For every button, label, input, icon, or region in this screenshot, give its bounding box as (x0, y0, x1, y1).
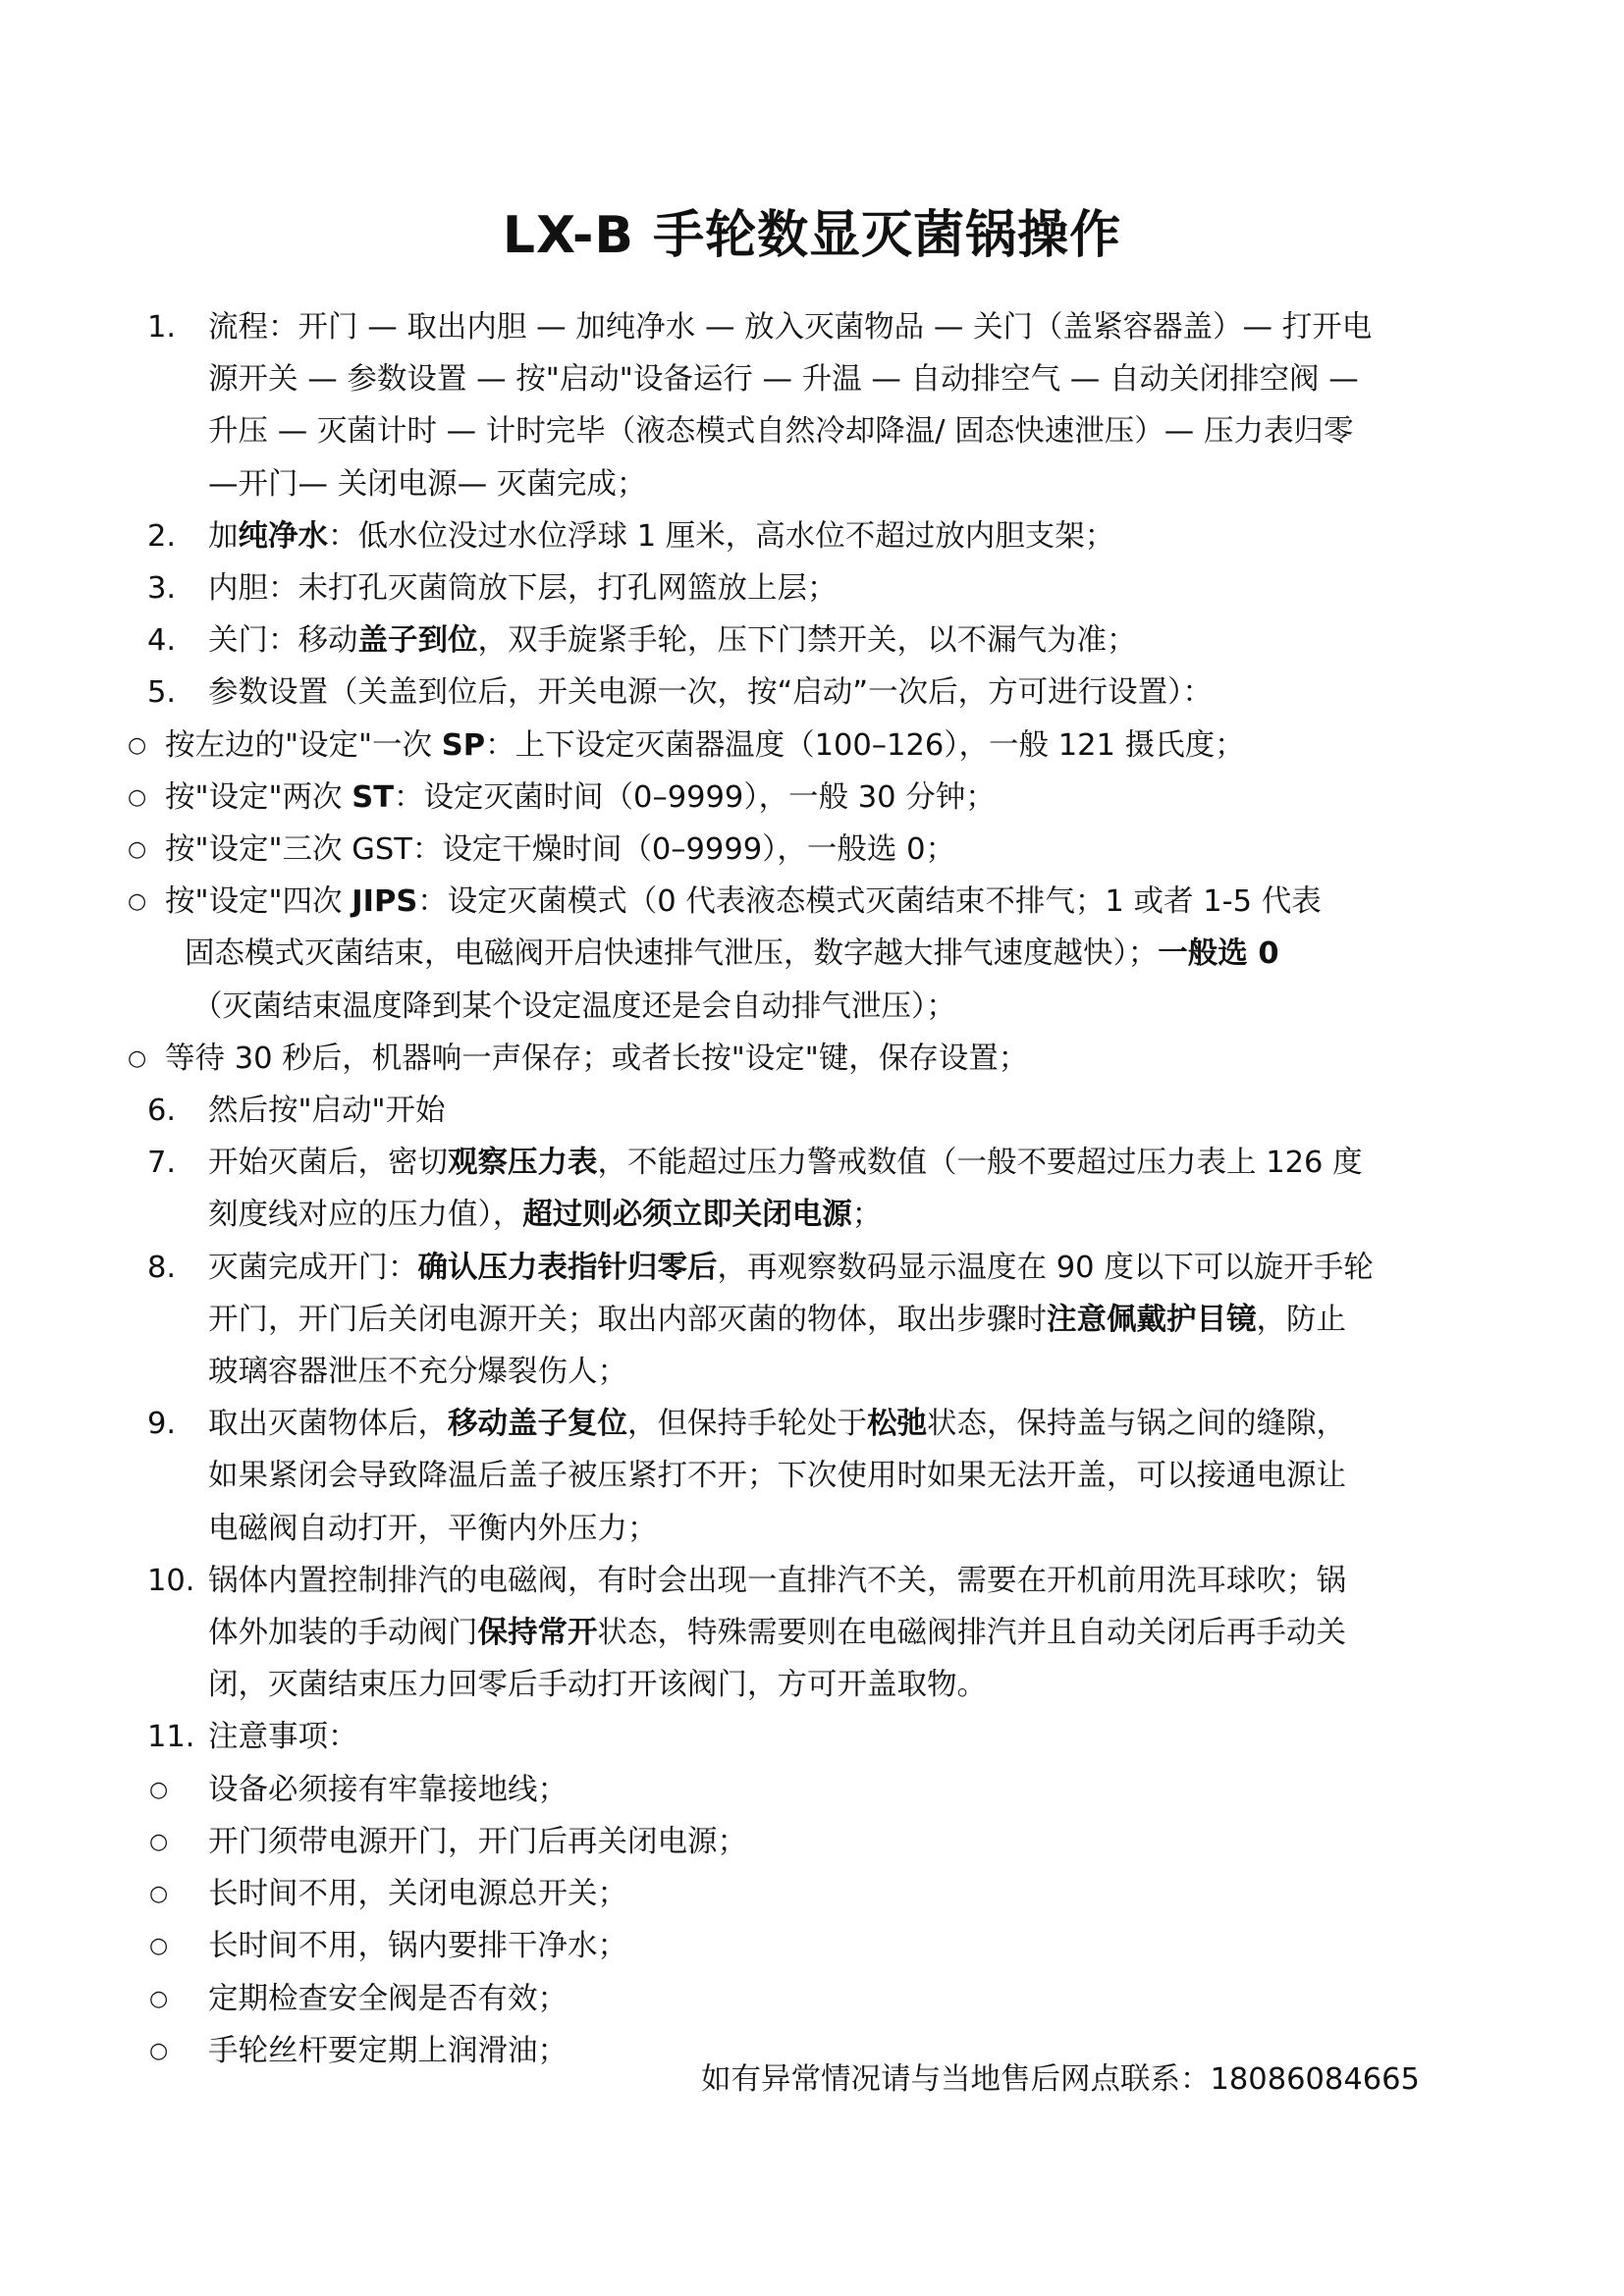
item-number: 3. (147, 562, 176, 614)
circle-bullet-icon: ○ (128, 772, 146, 824)
item-number: 5. (147, 667, 176, 719)
item-number: 8. (147, 1242, 176, 1294)
circle-bullet-icon: ○ (149, 1868, 168, 1920)
item-text: 状态，保持盖与锅之间的缝隙， (927, 1407, 1346, 1441)
circle-bullet-icon: ○ (149, 1920, 168, 1972)
sub-item-save: ○ 等待 30 秒后，机器响一声保存；或者长按"设定"键，保存设置； (86, 1033, 1483, 1085)
note-item: ○ 定期检查安全阀是否有效； (147, 1973, 1483, 2025)
sub-item-jips: ○ 按"设定"四次 JIPS：设定灭菌模式（0 代表液态模式灭菌结束不排气；1 … (86, 876, 1483, 1033)
contact-phone: 18086084665 (1211, 2062, 1420, 2097)
list-item-2: 2. 加纯净水：低水位没过水位浮球 1 厘米，高水位不超过放内胆支架； (147, 510, 1483, 562)
item-text: ，防止 (1257, 1303, 1347, 1337)
note-text: 长时间不用，关闭电源总开关； (208, 1868, 1483, 1920)
item-text: ：低水位没过水位浮球 1 厘米，高水位不超过放内胆支架； (328, 519, 1114, 554)
item-text: 锅体内置控制排汽的电磁阀，有时会出现一直排汽不关，需要在开机前用洗耳球吹；锅 (208, 1555, 1483, 1607)
sub-item-st: ○ 按"设定"两次 ST：设定灭菌时间（0–9999），一般 30 分钟； (86, 772, 1483, 824)
circle-bullet-icon: ○ (128, 824, 146, 876)
item-text: 闭，灭菌结束压力回零后手动打开该阀门，方可开盖取物。 (208, 1659, 1483, 1711)
circle-bullet-icon: ○ (128, 1033, 146, 1085)
note-text: 定期检查安全阀是否有效； (208, 1973, 1483, 2025)
item-text: ，双手旋紧手轮，压下门禁开关，以不漏气为准； (478, 623, 1137, 658)
item-line: 升压 — 灭菌计时 — 计时完毕（液态模式自然冷却降温/ 固态快速泄压）— 压力… (208, 405, 1483, 457)
item-emphasis: 一般选 0 (1158, 936, 1278, 971)
item-emphasis: 盖子到位 (358, 623, 478, 658)
item-text: 按"设定"两次 (165, 780, 352, 815)
item-text: （灭菌结束温度降到某个设定温度还是会自动排气泄压）； (165, 981, 1483, 1033)
circle-bullet-icon: ○ (128, 876, 146, 928)
list-item-10: 10. 锅体内置控制排汽的电磁阀，有时会出现一直排汽不关，需要在开机前用洗耳球吹… (147, 1555, 1483, 1712)
item-emphasis: 保持常开 (478, 1616, 598, 1650)
page-title: LX-B 手轮数显灭菌锅操作 (0, 201, 1624, 270)
item-emphasis: JIPS (352, 884, 417, 919)
item-number: 6. (147, 1085, 176, 1137)
item-text: ，但保持手轮处于 (627, 1407, 867, 1441)
item-text: 玻璃容器泄压不充分爆裂伤人； (208, 1346, 1483, 1398)
item-text: 开始灭菌后，密切 (208, 1146, 448, 1180)
item-text: 然后按"启动"开始 (208, 1085, 1483, 1137)
item-emphasis: 松弛 (867, 1407, 927, 1441)
item-text: 如果紧闭会导致降温后盖子被压紧打不开；下次使用时如果无法开盖，可以接通电源让 (208, 1450, 1483, 1502)
item-number: 4. (147, 614, 176, 667)
item-emphasis: ST (352, 780, 394, 815)
circle-bullet-icon: ○ (149, 1816, 168, 1868)
item-emphasis: 移动盖子复位 (448, 1407, 627, 1441)
item-emphasis: 纯净水 (239, 519, 329, 554)
item-text: 按"设定"三次 GST：设定干燥时间（0–9999），一般选 0； (165, 824, 1483, 876)
item-line: —开门— 关闭电源— 灭菌完成； (208, 458, 1483, 510)
item-number: 9. (147, 1398, 176, 1450)
list-item-6: 6. 然后按"启动"开始 (147, 1085, 1483, 1137)
item-text: 关门：移动 (208, 623, 358, 658)
list-item-4: 4. 关门：移动盖子到位，双手旋紧手轮，压下门禁开关，以不漏气为准； (147, 614, 1483, 667)
note-item: ○ 开门须带电源开门，开门后再关闭电源； (147, 1816, 1483, 1868)
document-body: 1. 流程：开门 — 取出内胆 — 加纯净水 — 放入灭菌物品 — 关门（盖紧容… (147, 301, 1483, 2077)
item-text: 参数设置（关盖到位后，开关电源一次，按“启动”一次后，方可进行设置）： (208, 667, 1483, 719)
item-text: ，再观察数码显示温度在 90 度以下可以旋开手轮 (718, 1251, 1374, 1285)
item-text: 注意事项： (208, 1711, 1483, 1763)
item-number: 7. (147, 1137, 176, 1189)
item-text: 取出灭菌物体后， (208, 1407, 448, 1441)
item-number: 1. (147, 301, 176, 353)
list-item-8: 8. 灭菌完成开门：确认压力表指针归零后，再观察数码显示温度在 90 度以下可以… (147, 1242, 1483, 1399)
item-text: 等待 30 秒后，机器响一声保存；或者长按"设定"键，保存设置； (165, 1033, 1483, 1085)
circle-bullet-icon: ○ (149, 1973, 168, 2025)
item-text: 固态模式灭菌结束，电磁阀开启快速排气泄压，数字越大排气速度越快）； (185, 936, 1158, 971)
note-text: 长时间不用，锅内要排干净水； (208, 1920, 1483, 1972)
sub-item-sp: ○ 按左边的"设定"一次 SP：上下设定灭菌器温度（100–126），一般 12… (86, 720, 1483, 772)
item-text: 电磁阀自动打开，平衡内外压力； (208, 1503, 1483, 1555)
contact-line: 如有异常情况请与当地售后网点联系：18086084665 (701, 2054, 1420, 2106)
item-emphasis: 观察压力表 (448, 1146, 598, 1180)
item-text: ：设定灭菌模式（0 代表液态模式灭菌结束不排气；1 或者 1-5 代表 (417, 884, 1321, 919)
item-text: ：上下设定灭菌器温度（100–126），一般 121 摄氏度； (485, 728, 1245, 763)
list-item-11: 11. 注意事项： (147, 1711, 1483, 1763)
list-item-5: 5. 参数设置（关盖到位后，开关电源一次，按“启动”一次后，方可进行设置）： (147, 667, 1483, 719)
list-item-3: 3. 内胆：未打孔灭菌筒放下层，打孔网篮放上层； (147, 562, 1483, 614)
item-text: ，不能超过压力警戒数值（一般不要超过压力表上 126 度 (598, 1146, 1363, 1180)
list-item-7: 7. 开始灭菌后，密切观察压力表，不能超过压力警戒数值（一般不要超过压力表上 1… (147, 1137, 1483, 1241)
item-text: 体外加装的手动阀门 (208, 1616, 478, 1650)
note-text: 开门须带电源开门，开门后再关闭电源； (208, 1816, 1483, 1868)
item-text: 内胆：未打孔灭菌筒放下层，打孔网篮放上层； (208, 562, 1483, 614)
item-number: 10. (147, 1555, 195, 1607)
item-emphasis: SP (442, 728, 485, 763)
circle-bullet-icon: ○ (149, 1764, 168, 1816)
circle-bullet-icon: ○ (149, 2025, 168, 2077)
note-text: 设备必须接有牢靠接地线； (208, 1764, 1483, 1816)
note-item: ○ 设备必须接有牢靠接地线； (147, 1764, 1483, 1816)
item-emphasis: 注意佩戴护目镜 (1047, 1303, 1257, 1337)
item-emphasis: 超过则必须立即关闭电源 (522, 1198, 852, 1232)
item-text: 刻度线对应的压力值）， (208, 1198, 522, 1232)
list-item-9: 9. 取出灭菌物体后，移动盖子复位，但保持手轮处于松弛状态，保持盖与锅之间的缝隙… (147, 1398, 1483, 1555)
list-item-1: 1. 流程：开门 — 取出内胆 — 加纯净水 — 放入灭菌物品 — 关门（盖紧容… (147, 301, 1483, 510)
item-text: ； (852, 1198, 883, 1232)
item-line: 流程：开门 — 取出内胆 — 加纯净水 — 放入灭菌物品 — 关门（盖紧容器盖）… (208, 301, 1483, 353)
item-number: 2. (147, 510, 176, 562)
contact-label: 如有异常情况请与当地售后网点联系： (701, 2062, 1211, 2097)
item-line: 源开关 — 参数设置 — 按"启动"设备运行 — 升温 — 自动排空气 — 自动… (208, 353, 1483, 405)
item-text: 按"设定"四次 (165, 884, 352, 919)
item-text: 加 (208, 519, 239, 554)
item-text: ：设定灭菌时间（0–9999），一般 30 分钟； (394, 780, 996, 815)
item-emphasis: 确认压力表指针归零后 (418, 1251, 718, 1285)
item-text: 按左边的"设定"一次 (165, 728, 442, 763)
item-text: 开门，开门后关闭电源开关；取出内部灭菌的物体，取出步骤时 (208, 1303, 1047, 1337)
sub-item-gst: ○ 按"设定"三次 GST：设定干燥时间（0–9999），一般选 0； (86, 824, 1483, 876)
circle-bullet-icon: ○ (128, 720, 146, 772)
item-number: 11. (147, 1711, 195, 1763)
note-item: ○ 长时间不用，锅内要排干净水； (147, 1920, 1483, 1972)
item-text: 灭菌完成开门： (208, 1251, 418, 1285)
note-item: ○ 长时间不用，关闭电源总开关； (147, 1868, 1483, 1920)
item-text: 状态，特殊需要则在电磁阀排汽并且自动关闭后再手动关 (598, 1616, 1347, 1650)
